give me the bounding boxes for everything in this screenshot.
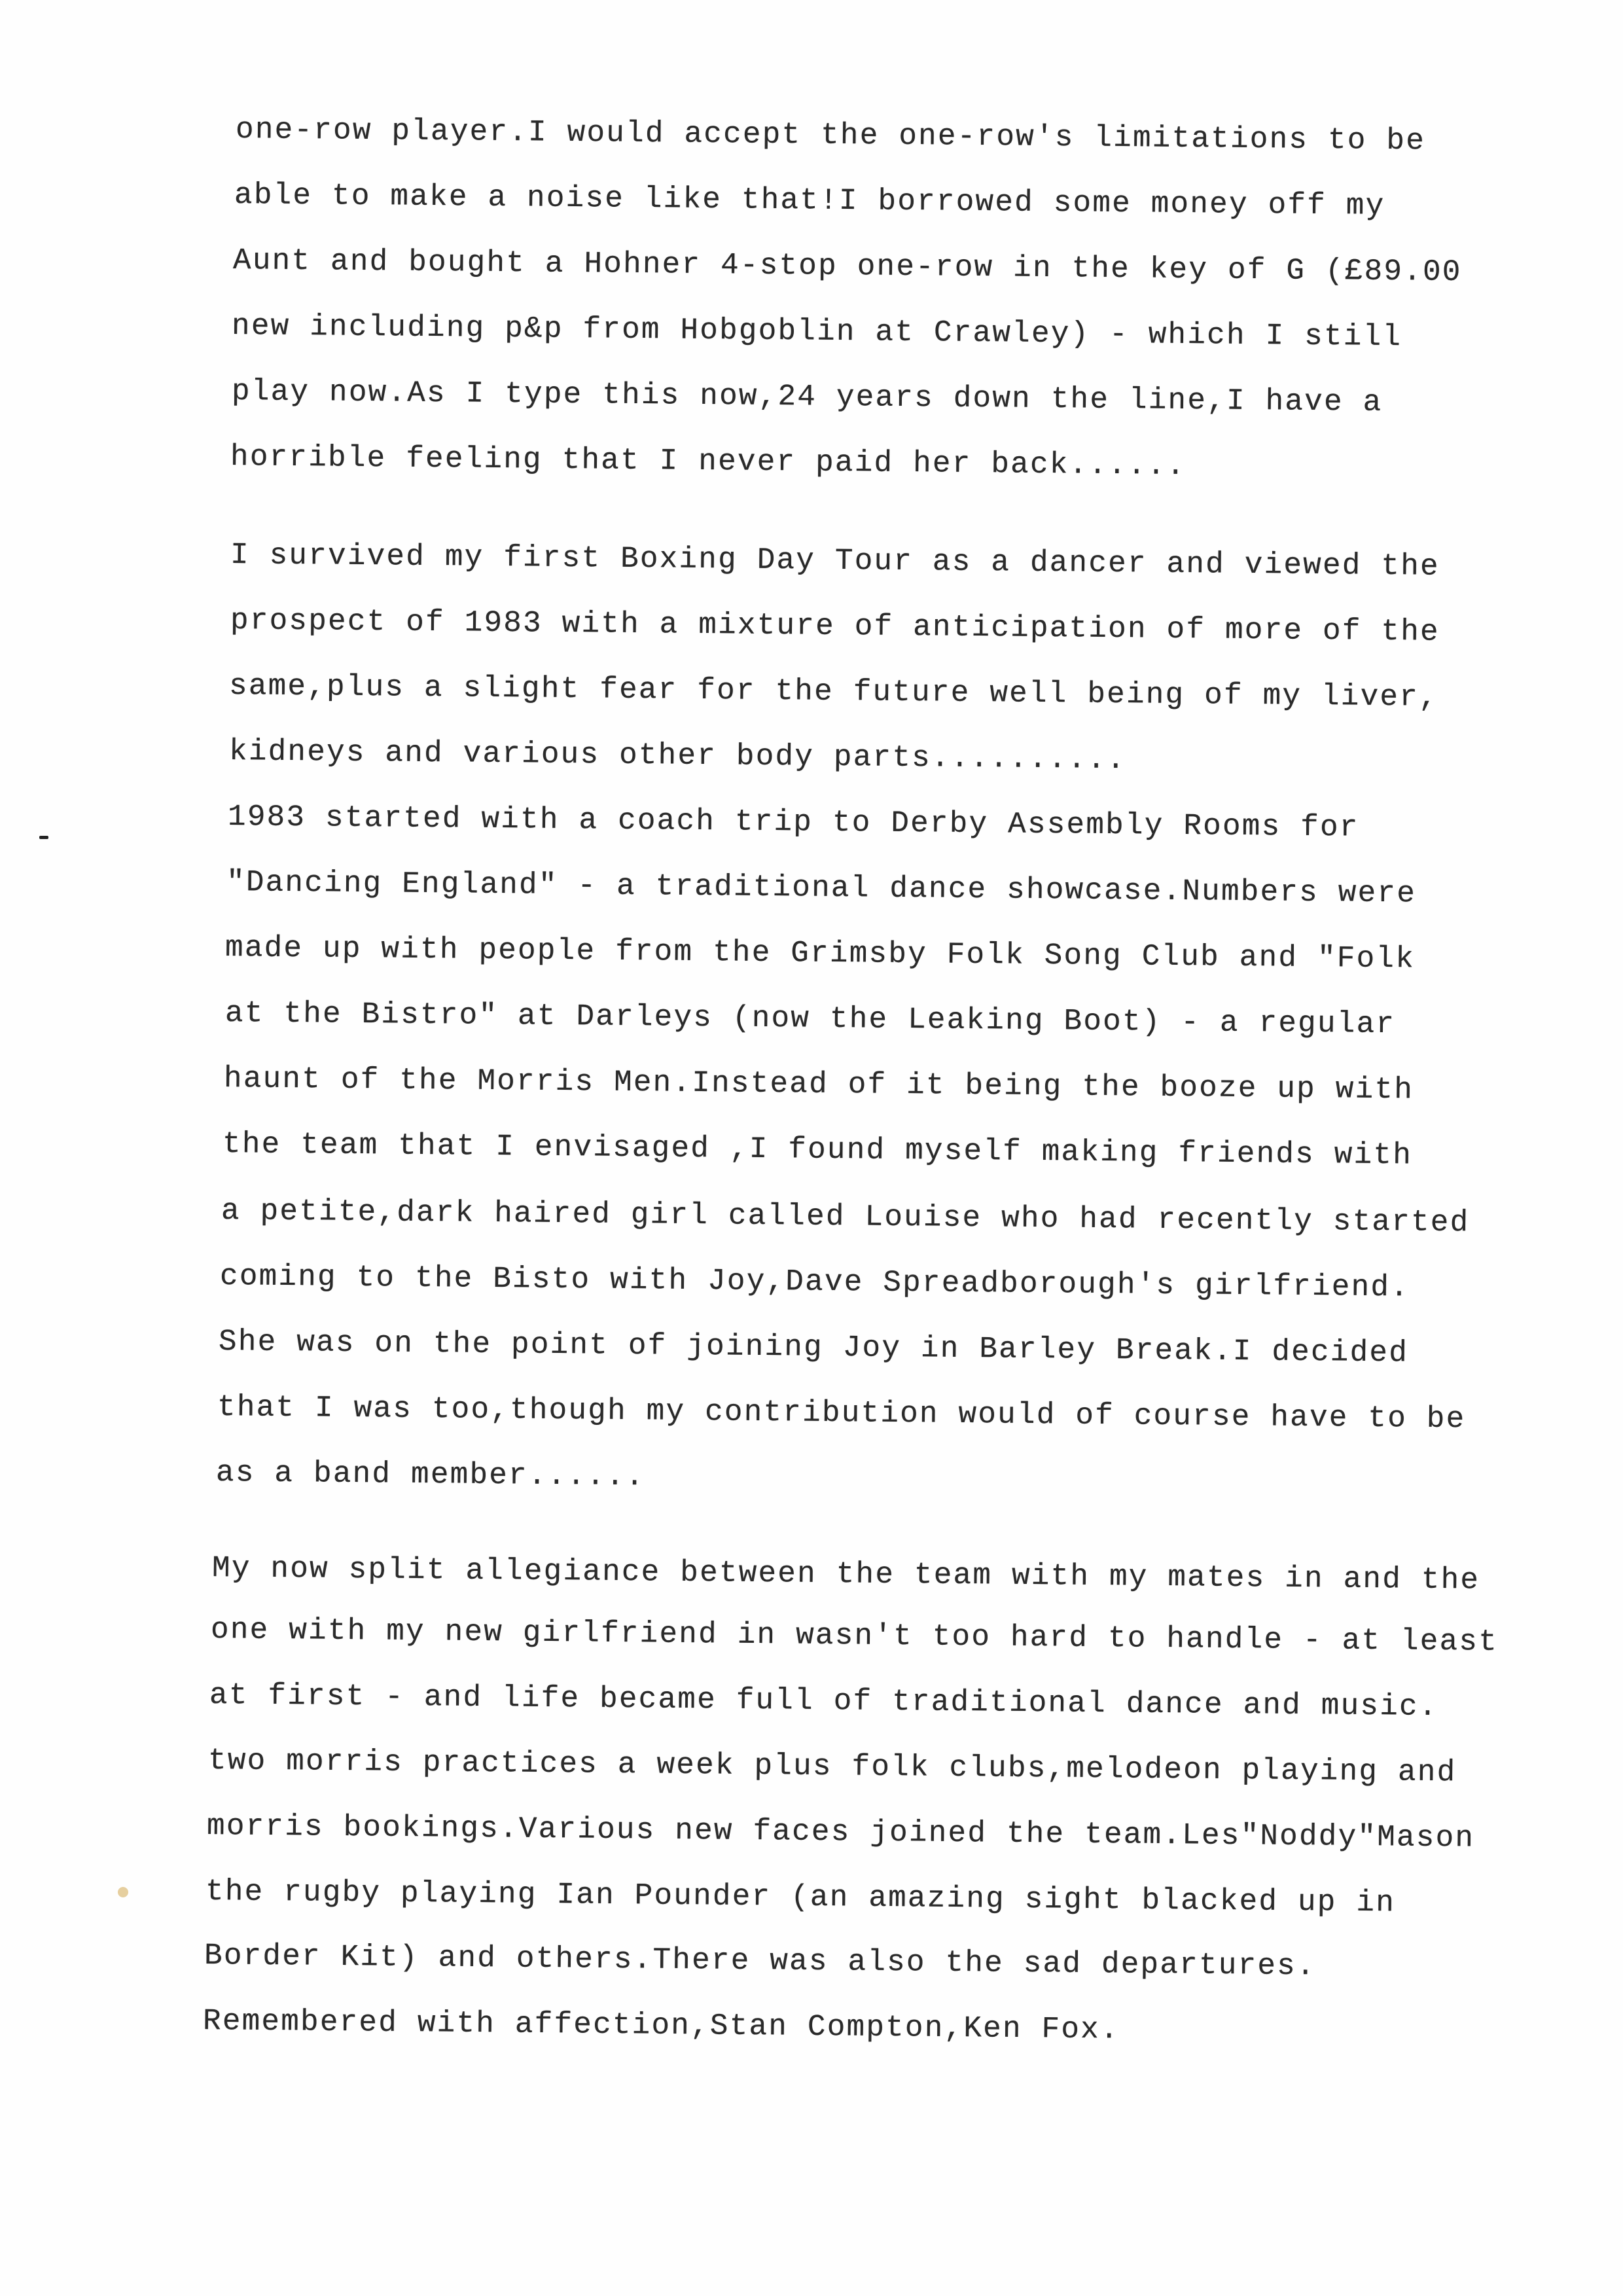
text-line: at first - and life became full of tradi… (209, 1677, 1438, 1725)
text-line: a petite,dark haired girl called Louise … (221, 1193, 1470, 1241)
text-line: horrible feeling that I never paid her b… (230, 439, 1186, 484)
text-line: play now.As I type this now,24 years dow… (232, 373, 1383, 421)
text-line: that I was too,though my contribution wo… (217, 1389, 1466, 1437)
text-line: the rugby playing Ian Pounder (an amazin… (205, 1873, 1396, 1921)
text-line: at the Bistro" at Darleys (now the Leaki… (225, 995, 1396, 1043)
text-line: haunt of the Morris Men.Instead of it be… (224, 1060, 1414, 1108)
margin-ink-mark (39, 836, 48, 839)
text-line: kidneys and various other body parts....… (229, 733, 1126, 778)
text-line: Aunt and bought a Hohner 4-stop one-row … (233, 242, 1462, 291)
text-line: the team that I envisaged ,I found mysel… (223, 1126, 1413, 1174)
text-line: I survived my first Boxing Day Tour as a… (230, 537, 1440, 585)
scanned-page: one-row player.I would accept the one-ro… (0, 0, 1623, 2296)
text-line: one with my new girlfriend in wasn't too… (211, 1611, 1499, 1660)
margin-stain-dot (118, 1887, 128, 1897)
text-line: made up with people from the Grimsby Fol… (225, 929, 1416, 977)
text-line: "Dancing England" - a traditional dance … (226, 864, 1417, 912)
text-line: new including p&p from Hobgoblin at Craw… (232, 308, 1402, 355)
text-line: Remembered with affection,Stan Compton,K… (203, 2003, 1120, 2048)
text-line: one-row player.I would accept the one-ro… (236, 111, 1426, 159)
text-line: same,plus a slight fear for the future w… (229, 668, 1438, 716)
text-line: morris bookings.Various new faces joined… (207, 1808, 1475, 1857)
text-line: able to make a noise like that!I borrowe… (234, 177, 1385, 224)
text-line: two morris practices a week plus folk cl… (208, 1742, 1457, 1791)
text-line: prospect of 1983 with a mixture of antic… (230, 602, 1440, 651)
text-line: as a band member...... (216, 1454, 645, 1495)
text-line: Border Kit) and others.There was also th… (204, 1937, 1316, 1984)
text-line: coming to the Bisto with Joy,Dave Spread… (220, 1258, 1410, 1306)
text-line: She was on the point of joining Joy in B… (219, 1323, 1409, 1371)
text-line: 1983 started with a coach trip to Derby … (228, 798, 1359, 846)
text-line: My now split allegiance between the team… (212, 1550, 1480, 1599)
